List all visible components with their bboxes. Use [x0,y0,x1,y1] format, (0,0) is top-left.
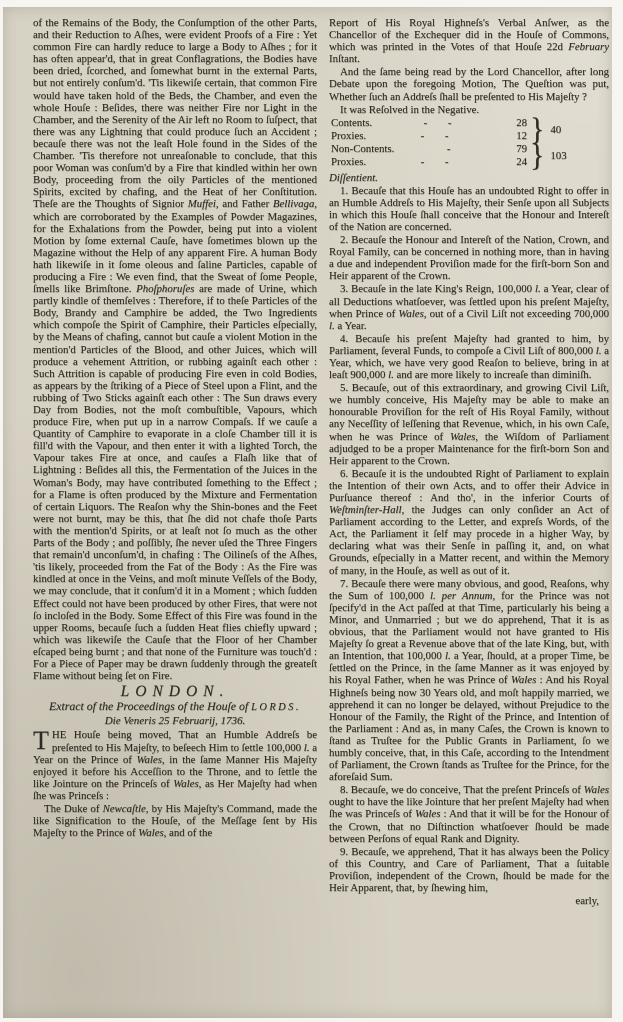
vote-label: Proxies. [331,156,366,169]
vote-leader: - - [366,156,503,169]
text-run: , and of the [164,827,213,839]
text-run: : And his Royal Highneſs being now 30 Ye… [329,674,609,783]
vote-count: 28 [503,117,527,130]
text-run: of the Remains of the Body, the Conſumpt… [33,17,317,210]
text-run: are made of Urine, which partly kindle o… [33,283,317,682]
newcastle-paragraph: The Duke of Newcaſtle, by His Majeſty's … [33,803,317,839]
italic-text: Weſtminſter-Hall [329,504,402,516]
italic-text: Bellivaga [273,198,314,210]
page-paper: of the Remains of the Body, the Conſumpt… [3,7,612,1018]
vote-leader: - - [366,130,503,143]
italic-text: Extract of the Proceedings of the Houſe … [49,699,251,713]
catchword: early, [329,895,609,907]
text-run: , and Father [216,198,273,210]
drop-cap: T [33,729,52,751]
vote-row: Contents. - - 28 [331,117,527,130]
italic-text: Muffei [188,198,216,210]
italic-text: Diſſentient. [329,172,378,184]
vote-leader: - - [372,117,503,130]
vote-row: Proxies. - - 12 [331,130,527,143]
vote-rows-contents: Contents. - - 28 Proxies. - - 12 [331,117,527,143]
italic-text: Wales [398,308,423,320]
text-run: Report of His Royal Highneſs's Verbal An… [329,17,609,53]
text-run: early, [575,895,599,907]
continuation-paragraph: of the Remains of the Body, the Conſumpt… [33,17,317,682]
text-run: 9. Becauſe, we apprehend, That it has al… [329,846,609,894]
right-column-top: Report of His Royal Highneſs's Verbal An… [329,17,609,116]
text-run: 1. Becauſe that this Houſe has an undoub… [329,185,609,233]
motion-paragraph: THE Houſe being moved, That an Humble Ad… [33,729,317,802]
text-run: and are more likely to increaſe than dim… [394,369,592,381]
text-run: Inſtant. [329,53,360,65]
text-run: 2. Becauſe the Honour and Intereſt of th… [329,234,609,282]
text-run: 3. Becauſe in the late King's Reign, 100… [340,283,535,295]
text-run: 1736. [221,715,246,727]
vote-label: Contents. [331,117,372,130]
vote-label: Non-Contents. [331,143,394,156]
italic-text: Wales [415,808,440,820]
smallcaps-text: LORDS. [251,702,301,713]
italic-text: Newcaſtle [103,803,146,815]
reason-6: 6. Becauſe it is the undoubted Right of … [329,468,609,577]
italic-text: Wales [173,778,198,790]
text-run: a Year. [335,320,367,332]
reason-3: 3. Becauſe in the late King's Reign, 100… [329,283,609,331]
vote-subtotal: 103 [550,150,566,162]
dissentient-line: Diſſentient. [329,172,609,184]
scanned-page: of the Remains of the Body, the Conſumpt… [0,0,623,1022]
reason-8: 8. Becauſe, we do conceive, That the pre… [329,784,609,844]
vote-count: 24 [503,156,527,169]
italic-text: Wales [138,827,163,839]
reason-7: 7. Becauſe there were many obvious, and … [329,578,609,784]
reason-9: 9. Becauſe, we apprehend, That it has al… [329,846,609,894]
text-run: , which are corroborated by the Examples… [33,198,317,295]
italic-text: Wales [511,674,536,686]
italic-text: Wales [450,431,475,443]
text-run: , out of a Civil Liſt not exceeding 700,… [424,308,609,320]
text-run: And the ſame being read by the Lord Chan… [329,66,609,102]
text-run: HE Houſe being moved, That an Humble Add… [52,729,317,753]
report-paragraph: Report of His Royal Highneſs's Verbal An… [329,17,609,65]
italic-text: l. per Annum [430,590,492,602]
debate-paragraph: And the ſame being read by the Lord Chan… [329,66,609,102]
heading-extract: Extract of the Proceedings of the Houſe … [33,700,317,714]
reason-2: 2. Becauſe the Honour and Intereſt of th… [329,234,609,282]
text-run: 6. Becauſe it is the undoubted Right of … [329,468,609,504]
reason-1: 1. Becauſe that this Houſe has an undoub… [329,185,609,233]
vote-count: 79 [503,143,527,156]
text-run: 4. Becauſe his preſent Majeſty had grant… [329,333,609,357]
italic-text: Die Veneris 25 Februarij, [105,715,221,727]
heading-date: Die Veneris 25 Februarij, 1736. [33,715,317,727]
vote-row: Non-Contents. - 79 [331,143,527,156]
italic-text: Wales [137,754,162,766]
right-column: Report of His Royal Highneſs's Verbal An… [329,17,609,1013]
vote-subtotal: 40 [550,124,561,136]
right-column-bottom: Diſſentient.1. Becauſe that this Houſe h… [329,172,609,908]
resolved-line: It was Reſolved in the Negative. [329,104,609,116]
vote-row: Proxies. - - 24 [331,156,527,169]
text-run: The Duke of [44,803,103,815]
italic-text: February [568,41,609,53]
italic-text: Wales [584,784,609,796]
vote-rows-noncontents: Non-Contents. - 79 Proxies. - - 24 [331,143,527,169]
brace-icon: } [530,143,544,170]
vote-leader: - [394,143,503,156]
reason-5: 5. Becauſe, out of this extraordinary, a… [329,382,609,467]
text-run: 8. Becauſe, we do conceive, That the pre… [340,784,584,796]
italic-text: Phoſphoruſes [136,283,194,295]
vote-group-noncontents: Non-Contents. - 79 Proxies. - - 24 } 103 [331,143,579,169]
left-column: of the Remains of the Body, the Conſumpt… [33,17,317,1013]
vote-count: 12 [503,130,527,143]
text-run: It was Reſolved in the Negative. [340,104,479,116]
heading-london: LONDON. [33,686,317,698]
reason-4: 4. Becauſe his preſent Majeſty had grant… [329,333,609,381]
vote-label: Proxies. [331,130,366,143]
text-run: LONDON. [121,683,230,700]
vote-tally: Contents. - - 28 Proxies. - - 12 } 40 [331,117,579,170]
